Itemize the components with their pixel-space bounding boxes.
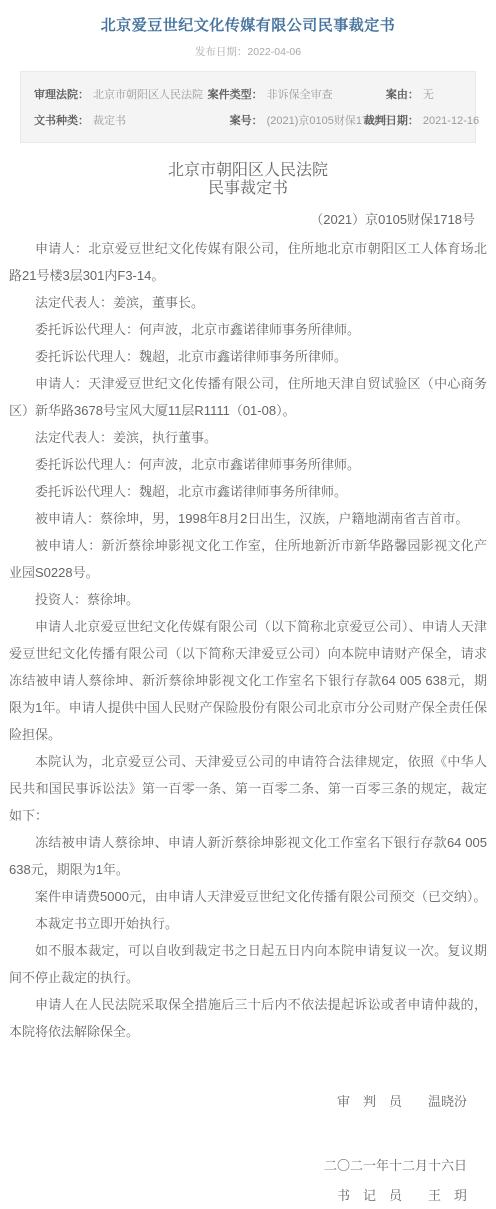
document-paragraph: 本院认为，北京爱豆公司、天津爱豆公司的申请符合法律规定，依照《中华人民共和国民事… [9, 748, 487, 829]
info-value: 裁定书 [93, 112, 126, 128]
document-body: 北京市朝阳区人民法院 民事裁定书 （2021）京0105财保1718号 申请人：… [0, 143, 496, 1209]
page-title: 北京爱豆世纪文化传媒有限公司民事裁定书 [0, 0, 496, 35]
document-paragraph: 委托诉讼代理人：魏超，北京市鑫诺律师事务所律师。 [9, 478, 487, 505]
info-value: 北京市朝阳区人民法院 [93, 86, 203, 102]
info-label: 案件类型： [205, 86, 263, 102]
document-paragraph: 委托诉讼代理人：何声波，北京市鑫诺律师事务所律师。 [9, 451, 487, 478]
signature-block: 审 判 员 温晓汾 二〇二一年十二月十六日 书 记 员 王 玥 [9, 1088, 487, 1209]
document-paragraph: 申请人在人民法院采取保全措施后三十后内不依法提起诉讼或者申请仲裁的，本院将依法解… [9, 991, 487, 1045]
case-info-row: 文书种类： 裁定书 案号： (2021)京0105财保1718号 裁判日期： 2… [31, 107, 465, 133]
document-paragraph: 申请人北京爱豆世纪文化传媒有限公司（以下简称北京爱豆公司）、申请人天津爱豆世纪文… [9, 613, 487, 748]
info-judgment-date: 裁判日期： 2021-12-16 [361, 112, 465, 128]
case-number-line: （2021）京0105财保1718号 [9, 197, 487, 235]
document-paragraph: 冻结被申请人蔡徐坤、申请人新沂蔡徐坤影视文化工作室名下银行存款64 005 63… [9, 829, 487, 883]
info-label: 案号： [205, 112, 263, 128]
info-case-number: 案号： (2021)京0105财保1718号 [205, 112, 361, 128]
case-info-box: 审理法院： 北京市朝阳区人民法院 案件类型： 非诉保全审查 案由： 无 文书种类… [20, 71, 476, 143]
info-doc-kind: 文书种类： 裁定书 [31, 112, 205, 128]
publish-date: 发布日期：2022-04-06 [0, 44, 496, 59]
ruling-document-page: 北京爱豆世纪文化传媒有限公司民事裁定书 发布日期：2022-04-06 审理法院… [0, 0, 496, 1209]
info-cause: 案由： 无 [361, 86, 465, 102]
info-label: 文书种类： [31, 112, 89, 128]
info-value: 2021-12-16 [423, 115, 479, 127]
document-paragraph: 委托诉讼代理人：魏超，北京市鑫诺律师事务所律师。 [9, 343, 487, 370]
document-paragraph: 如不服本裁定，可以自收到裁定书之日起五日内向本院申请复议一次。复议期间不停止裁定… [9, 937, 487, 991]
info-value: 无 [423, 86, 434, 102]
document-type-heading: 民事裁定书 [9, 179, 487, 197]
info-label: 裁判日期： [361, 112, 419, 128]
info-label: 审理法院： [31, 86, 89, 102]
document-paragraph: 投资人：蔡徐坤。 [9, 586, 487, 613]
document-paragraph: 本裁定书立即开始执行。 [9, 910, 487, 937]
info-label: 案由： [361, 86, 419, 102]
document-paragraph: 申请人：北京爱豆世纪文化传媒有限公司，住所地北京市朝阳区工人体育场北路21号楼3… [9, 235, 487, 289]
case-info-row: 审理法院： 北京市朝阳区人民法院 案件类型： 非诉保全审查 案由： 无 [31, 81, 465, 107]
document-paragraph: 案件申请费5000元，由申请人天津爱豆世纪文化传播有限公司预交（已交纳）。 [9, 883, 487, 910]
document-paragraph: 法定代表人：姜滨，执行董事。 [9, 424, 487, 451]
document-paragraph: 委托诉讼代理人：何声波，北京市鑫诺律师事务所律师。 [9, 316, 487, 343]
judge-signature: 审 判 员 温晓汾 [9, 1088, 467, 1115]
court-name-heading: 北京市朝阳区人民法院 [9, 143, 487, 179]
info-value: 非诉保全审查 [267, 86, 333, 102]
document-paragraph: 法定代表人：姜滨，董事长。 [9, 289, 487, 316]
clerk-signature: 书 记 员 王 玥 [9, 1182, 467, 1209]
info-trial-court: 审理法院： 北京市朝阳区人民法院 [31, 86, 205, 102]
document-paragraph: 申请人：天津爱豆世纪文化传播有限公司，住所地天津自贸试验区（中心商务区）新华路3… [9, 370, 487, 424]
document-paragraph: 被申请人：新沂蔡徐坤影视文化工作室，住所地新沂市新华路馨园影视文化产业园S022… [9, 532, 487, 586]
info-case-type: 案件类型： 非诉保全审查 [205, 86, 361, 102]
ruling-paragraphs: 申请人：北京爱豆世纪文化传媒有限公司，住所地北京市朝阳区工人体育场北路21号楼3… [9, 235, 487, 1045]
document-paragraph: 被申请人：蔡徐坤，男，1998年8月2日出生，汉族，户籍地湖南省吉首市。 [9, 505, 487, 532]
signature-date: 二〇二一年十二月十六日 [9, 1152, 467, 1179]
